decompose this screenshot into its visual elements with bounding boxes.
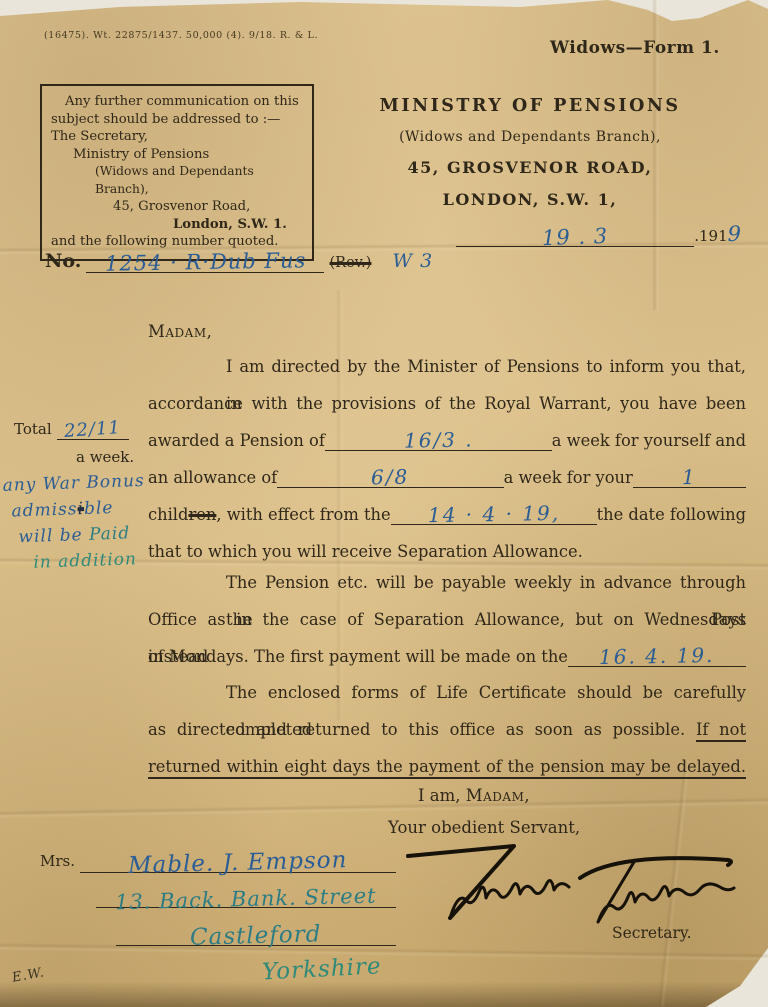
children-count-fill: 1 — [682, 467, 697, 487]
recipient-block: Mrs. Mable. J. Empson 13. Back. Bank. St… — [40, 846, 396, 982]
closing-madam: Madam, — [466, 786, 530, 805]
paragraph-life-certificate: The enclosed forms of Life Certificate s… — [148, 674, 746, 785]
note-line: any War Bonus — [2, 467, 163, 499]
body-text: a week for yourself and — [552, 422, 746, 459]
body-line-pension-blank: awarded a Pension of 16/3 . a week for y… — [148, 422, 746, 459]
margin-total-note: Total 22/11 a week. — [14, 418, 134, 466]
body-line: The enclosed forms of Life Certificate s… — [148, 674, 746, 711]
branch-line: (Widows and Dependants Branch), — [320, 129, 740, 145]
date-rule: 19 . 3 — [456, 222, 694, 247]
allowance-amount-blank: 6/8 — [277, 466, 503, 488]
recipient-address1: 13. Back. Bank. Street — [115, 884, 377, 915]
correspondence-notice-box: Any further communication on this subjec… — [40, 84, 314, 261]
handwritten-year-digit: 9 — [728, 222, 742, 246]
total-rule: 22/11 — [57, 418, 129, 440]
paragraph-award: I am directed by the Minister of Pension… — [148, 348, 746, 570]
struck-rev-label: (Rev.) — [330, 255, 372, 271]
pension-amount-fill: 16/3 . — [403, 429, 473, 450]
notice-line: subject should be addressed to :— — [51, 111, 303, 129]
first-payment-date-fill: 16. 4. 19. — [599, 645, 715, 667]
handwritten-reference: 1254 · R·Dub Fus — [105, 248, 307, 276]
address-line-road: 45, GROSVENOR ROAD, — [320, 158, 740, 177]
note-text: ble — [84, 498, 114, 519]
printers-imprint: (16475). Wt. 22875/1437. 50,000 (4). 9/1… — [44, 30, 318, 41]
body-line: Office as in the case of Separation Allo… — [148, 601, 746, 638]
body-text: , with effect from the — [216, 496, 390, 533]
notice-line: The Secretary, — [51, 128, 303, 146]
letterhead: MINISTRY OF PENSIONS (Widows and Dependa… — [320, 96, 740, 222]
paragraph-payment: The Pension etc. will be payable weekly … — [148, 564, 746, 675]
closing-text: I am, — [418, 786, 466, 805]
note-text: will be — [18, 525, 89, 547]
margin-war-bonus-note: any War Bonus admissible will be Paid in… — [2, 467, 166, 577]
reference-rule: 1254 · R·Dub Fus — [86, 248, 324, 273]
handwritten-w3: W 3 — [393, 250, 434, 272]
scanned-letter: (16475). Wt. 22875/1437. 50,000 (4). 9/1… — [0, 0, 768, 1007]
first-payment-date-blank: 16. 4. 19. — [568, 645, 746, 667]
body-line: accordance with the provisions of the Ro… — [148, 385, 746, 422]
printed-year: .191 — [694, 227, 727, 245]
children-count-blank: 1 — [633, 466, 746, 488]
total-fill: 22/11 — [64, 417, 122, 442]
secretary-title: Secretary. — [612, 924, 692, 942]
per-week-label: a week. — [14, 448, 134, 466]
body-text: awarded a Pension of — [148, 422, 325, 459]
mrs-label: Mrs. — [40, 852, 75, 870]
notice-line: 45, Grosvenor Road, — [51, 198, 303, 216]
underlined-text: returned within eight days the payment o… — [148, 757, 746, 779]
notice-line: Ministry of Pensions — [51, 146, 303, 164]
body-line-delayed-warning: returned within eight days the payment o… — [148, 748, 746, 785]
body-line-effect-date: child ren , with effect from the 14 · 4 … — [148, 496, 746, 533]
recipient-name-rule: Mable. J. Empson — [80, 846, 396, 873]
no-label: No. — [45, 250, 81, 272]
handwritten-date: 19 . 3 — [542, 224, 609, 250]
notice-line: London, S.W. 1. — [51, 216, 303, 234]
body-text: of Mondays. The first payment will be ma… — [148, 638, 568, 675]
body-text: an allowance of — [148, 459, 277, 496]
body-text: the date following — [597, 496, 746, 533]
form-number-label: Widows—Form 1. — [550, 38, 720, 58]
notice-line: Any further communication on this — [51, 93, 303, 111]
recipient-address1-rule: 13. Back. Bank. Street — [96, 883, 396, 908]
reference-number-row: No. 1254 · R·Dub Fus (Rev.) W 3 — [45, 248, 433, 273]
body-line-first-payment: of Mondays. The first payment will be ma… — [148, 638, 746, 675]
effect-date-blank: 14 · 4 · 19, — [391, 503, 597, 525]
body-line: I am directed by the Minister of Pension… — [148, 348, 746, 385]
recipient-address3: Yorkshire — [261, 953, 396, 986]
notice-line: (Widows and Dependants Branch), — [51, 163, 303, 198]
body-text: as directed and returned to this office … — [148, 720, 685, 739]
recipient-address2: Castleford — [190, 921, 322, 950]
address-line-city: LONDON, S.W. 1, — [320, 190, 740, 209]
note-text: admiss — [11, 499, 78, 521]
closing-line-1: I am, Madam, — [418, 786, 530, 805]
pension-amount-blank: 16/3 . — [325, 429, 552, 451]
allowance-amount-fill: 6/8 — [371, 467, 410, 488]
recipient-name: Mable. J. Empson — [128, 847, 348, 879]
underlined-text: If not — [696, 720, 746, 742]
date-row: 19 . 3 .191 9 — [456, 222, 742, 247]
body-line-allowance-blank: an allowance of 6/8 a week for your 1 — [148, 459, 746, 496]
total-label: Total — [14, 420, 52, 438]
effect-date-fill: 14 · 4 · 19, — [427, 503, 559, 525]
struck-ren-text: ren — [188, 496, 216, 533]
salutation: Madam, — [148, 322, 212, 341]
body-line-if-not: as directed and returned to this office … — [148, 711, 746, 748]
body-text: a week for your — [504, 459, 633, 496]
note-text: Paid — [89, 523, 131, 544]
recipient-address2-rule: Castleford — [116, 919, 396, 946]
ministry-title: MINISTRY OF PENSIONS — [320, 96, 740, 116]
body-line: The Pension etc. will be payable weekly … — [148, 564, 746, 601]
